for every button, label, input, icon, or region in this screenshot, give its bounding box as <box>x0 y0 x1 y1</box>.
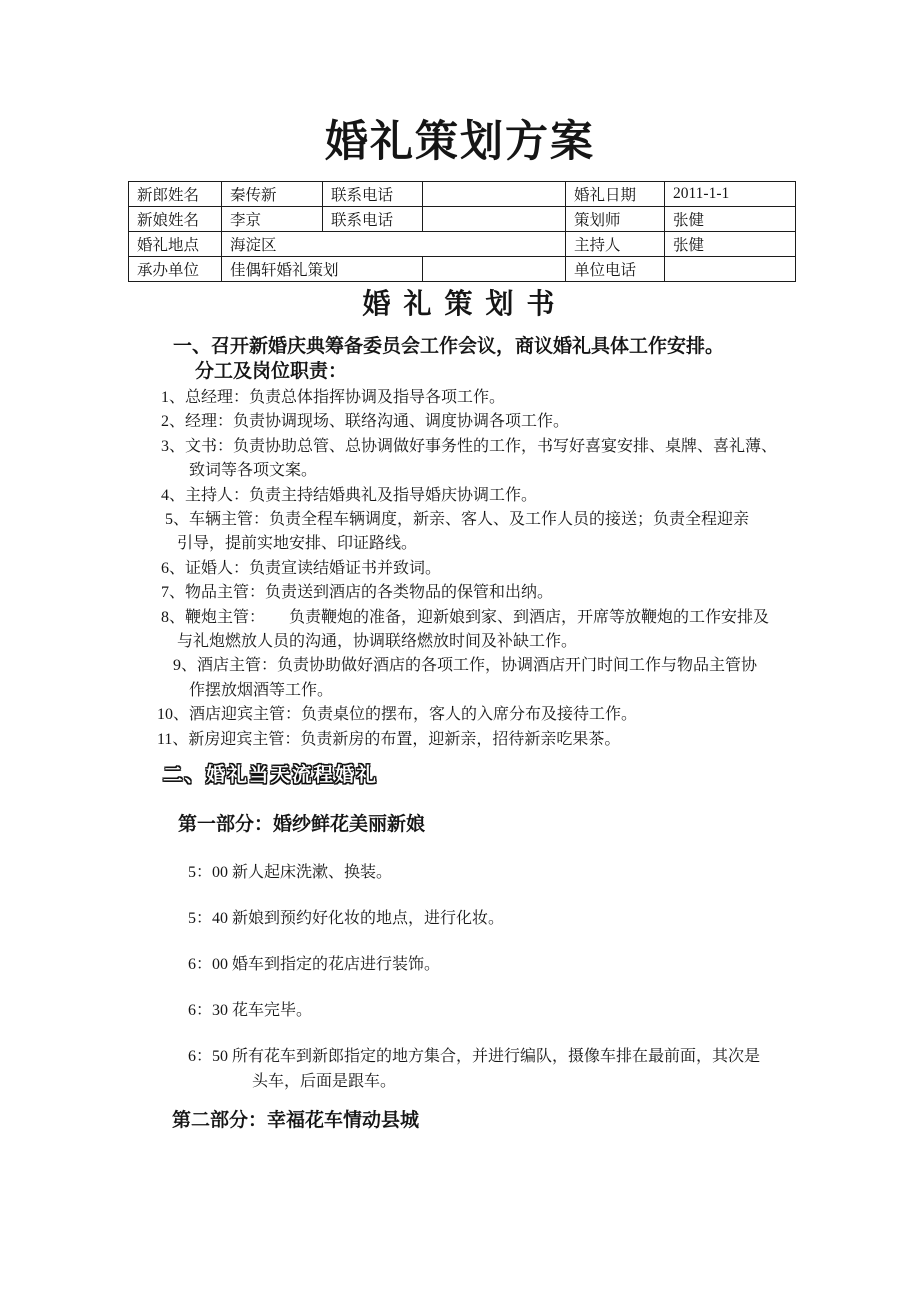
table-row: 承办单位佳偶轩婚礼策划单位电话 <box>129 257 796 282</box>
plan-book-heading: 婚 礼 策 划 书 <box>0 288 920 322</box>
duty-item: 5、车辆主管：负责全程车辆调度，新亲、客人、及工作人员的接送；负责全程迎亲 引导… <box>0 508 920 557</box>
duty-item: 10、酒店迎宾主管：负责桌位的摆布，客人的入席分布及接待工作。 <box>0 703 920 727</box>
table-cell: 联系电话 <box>323 182 423 207</box>
schedule-list: 5：00 新人起床洗漱、换装。5：40 新娘到预约好化妆的地点，进行化妆。6：0… <box>0 860 920 1094</box>
schedule-item: 5：40 新娘到预约好化妆的地点，进行化妆。 <box>0 906 920 931</box>
duty-item: 1、总经理：负责总体指挥协调及指导各项工作。 <box>0 386 920 410</box>
duty-item: 4、主持人：负责主持结婚典礼及指导婚庆协调工作。 <box>0 484 920 508</box>
table-cell: 海淀区 <box>222 232 566 257</box>
info-table: 新郎姓名秦传新联系电话婚礼日期2011-1-1新娘姓名李京联系电话策划师张健婚礼… <box>128 181 796 282</box>
duty-item-line: 11、新房迎宾主管：负责新房的布置，迎新亲，招待新亲吃果茶。 <box>157 728 920 752</box>
part-one-heading: 第一部分：婚纱鲜花美丽新娘 <box>178 812 920 837</box>
duty-list: 1、总经理：负责总体指挥协调及指导各项工作。 2、经理：负责协调现场、联络沟通、… <box>0 386 920 752</box>
table-cell: 新郎姓名 <box>129 182 222 207</box>
duty-item-line: 1、总经理：负责总体指挥协调及指导各项工作。 <box>157 386 920 410</box>
duty-item-line: 5、车辆主管：负责全程车辆调度，新亲、客人、及工作人员的接送；负责全程迎亲 <box>157 508 920 532</box>
table-row: 新娘姓名李京联系电话策划师张健 <box>129 207 796 232</box>
table-cell: 主持人 <box>566 232 665 257</box>
duty-item: 2、经理：负责协调现场、联络沟通、调度协调各项工作。 <box>0 410 920 434</box>
schedule-item: 6：30 花车完毕。 <box>0 998 920 1023</box>
table-cell: 承办单位 <box>129 257 222 282</box>
duty-item: 8、鞭炮主管： 负责鞭炮的准备，迎新娘到家、到酒店，开席等放鞭炮的工作安排及 与… <box>0 606 920 655</box>
table-row: 新郎姓名秦传新联系电话婚礼日期2011-1-1 <box>129 182 796 207</box>
table-cell: 联系电话 <box>323 207 423 232</box>
table-cell: 秦传新 <box>222 182 323 207</box>
section-one-heading-line-2: 分工及岗位职责： <box>195 359 920 384</box>
duty-item-line: 10、酒店迎宾主管：负责桌位的摆布，客人的入席分布及接待工作。 <box>157 703 920 727</box>
table-cell: 佳偶轩婚礼策划 <box>222 257 423 282</box>
duty-item-line: 致词等各项文案。 <box>157 459 920 483</box>
duty-item-line: 4、主持人：负责主持结婚典礼及指导婚庆协调工作。 <box>157 484 920 508</box>
table-cell-empty <box>423 207 566 232</box>
document-page: 婚礼策划方案 新郎姓名秦传新联系电话婚礼日期2011-1-1新娘姓名李京联系电话… <box>0 0 920 1302</box>
schedule-item: 6：50 所有花车到新郎指定的地方集合，并进行编队，摄像车排在最前面，其次是 头… <box>0 1044 920 1094</box>
schedule-item-line: 5：40 新娘到预约好化妆的地点，进行化妆。 <box>188 906 920 931</box>
duty-item-line: 与礼炮燃放人员的沟通，协调联络燃放时间及补缺工作。 <box>157 630 920 654</box>
duty-item-line: 6、证婚人：负责宣读结婚证书并致词。 <box>157 557 920 581</box>
table-cell-empty <box>423 257 566 282</box>
table-cell: 单位电话 <box>566 257 665 282</box>
duty-item: 6、证婚人：负责宣读结婚证书并致词。 <box>0 557 920 581</box>
duty-item-line: 作摆放烟酒等工作。 <box>157 679 920 703</box>
table-cell: 婚礼地点 <box>129 232 222 257</box>
section-two-heading: 二、婚礼当天流程婚礼 <box>163 763 920 788</box>
duty-item-line: 引导，提前实地安排、印证路线。 <box>157 532 920 556</box>
table-cell: 2011-1-1 <box>665 182 796 207</box>
table-cell: 李京 <box>222 207 323 232</box>
document-title: 婚礼策划方案 <box>0 118 920 168</box>
duty-item-line: 8、鞭炮主管： 负责鞭炮的准备，迎新娘到家、到酒店，开席等放鞭炮的工作安排及 <box>157 606 920 630</box>
part-two-heading: 第二部分：幸福花车情动县城 <box>172 1108 920 1133</box>
table-cell: 策划师 <box>566 207 665 232</box>
section-one-heading: 一、召开新婚庆典筹备委员会工作会议，商议婚礼具体工作安排。 分工及岗位职责： <box>0 334 920 384</box>
table-row: 婚礼地点海淀区主持人张健 <box>129 232 796 257</box>
table-cell-empty <box>423 182 566 207</box>
table-cell: 张健 <box>665 232 796 257</box>
schedule-item: 5：00 新人起床洗漱、换装。 <box>0 860 920 885</box>
table-cell: 新娘姓名 <box>129 207 222 232</box>
table-cell-empty <box>665 257 796 282</box>
duty-item-line: 7、物品主管：负责送到酒店的各类物品的保管和出纳。 <box>157 581 920 605</box>
duty-item-line: 2、经理：负责协调现场、联络沟通、调度协调各项工作。 <box>157 410 920 434</box>
duty-item: 11、新房迎宾主管：负责新房的布置，迎新亲，招待新亲吃果茶。 <box>0 728 920 752</box>
table-cell: 张健 <box>665 207 796 232</box>
schedule-item-line: 头车，后面是跟车。 <box>188 1069 920 1094</box>
schedule-item-line: 6：50 所有花车到新郎指定的地方集合，并进行编队，摄像车排在最前面，其次是 <box>188 1044 920 1069</box>
duty-item: 7、物品主管：负责送到酒店的各类物品的保管和出纳。 <box>0 581 920 605</box>
duty-item: 3、文书：负责协助总管、总协调做好事务性的工作，书写好喜宴安排、桌牌、喜礼薄、 … <box>0 435 920 484</box>
table-cell: 婚礼日期 <box>566 182 665 207</box>
schedule-item-line: 5：00 新人起床洗漱、换装。 <box>188 860 920 885</box>
section-one-heading-line-1: 一、召开新婚庆典筹备委员会工作会议，商议婚礼具体工作安排。 <box>173 334 920 359</box>
schedule-item-line: 6：00 婚车到指定的花店进行装饰。 <box>188 952 920 977</box>
duty-item-line: 3、文书：负责协助总管、总协调做好事务性的工作，书写好喜宴安排、桌牌、喜礼薄、 <box>157 435 920 459</box>
info-table-body: 新郎姓名秦传新联系电话婚礼日期2011-1-1新娘姓名李京联系电话策划师张健婚礼… <box>129 182 796 282</box>
schedule-item: 6：00 婚车到指定的花店进行装饰。 <box>0 952 920 977</box>
schedule-item-line: 6：30 花车完毕。 <box>188 998 920 1023</box>
duty-item-line: 9、酒店主管：负责协助做好酒店的各项工作，协调酒店开门时间工作与物品主管协 <box>157 654 920 678</box>
duty-item: 9、酒店主管：负责协助做好酒店的各项工作，协调酒店开门时间工作与物品主管协 作摆… <box>0 654 920 703</box>
